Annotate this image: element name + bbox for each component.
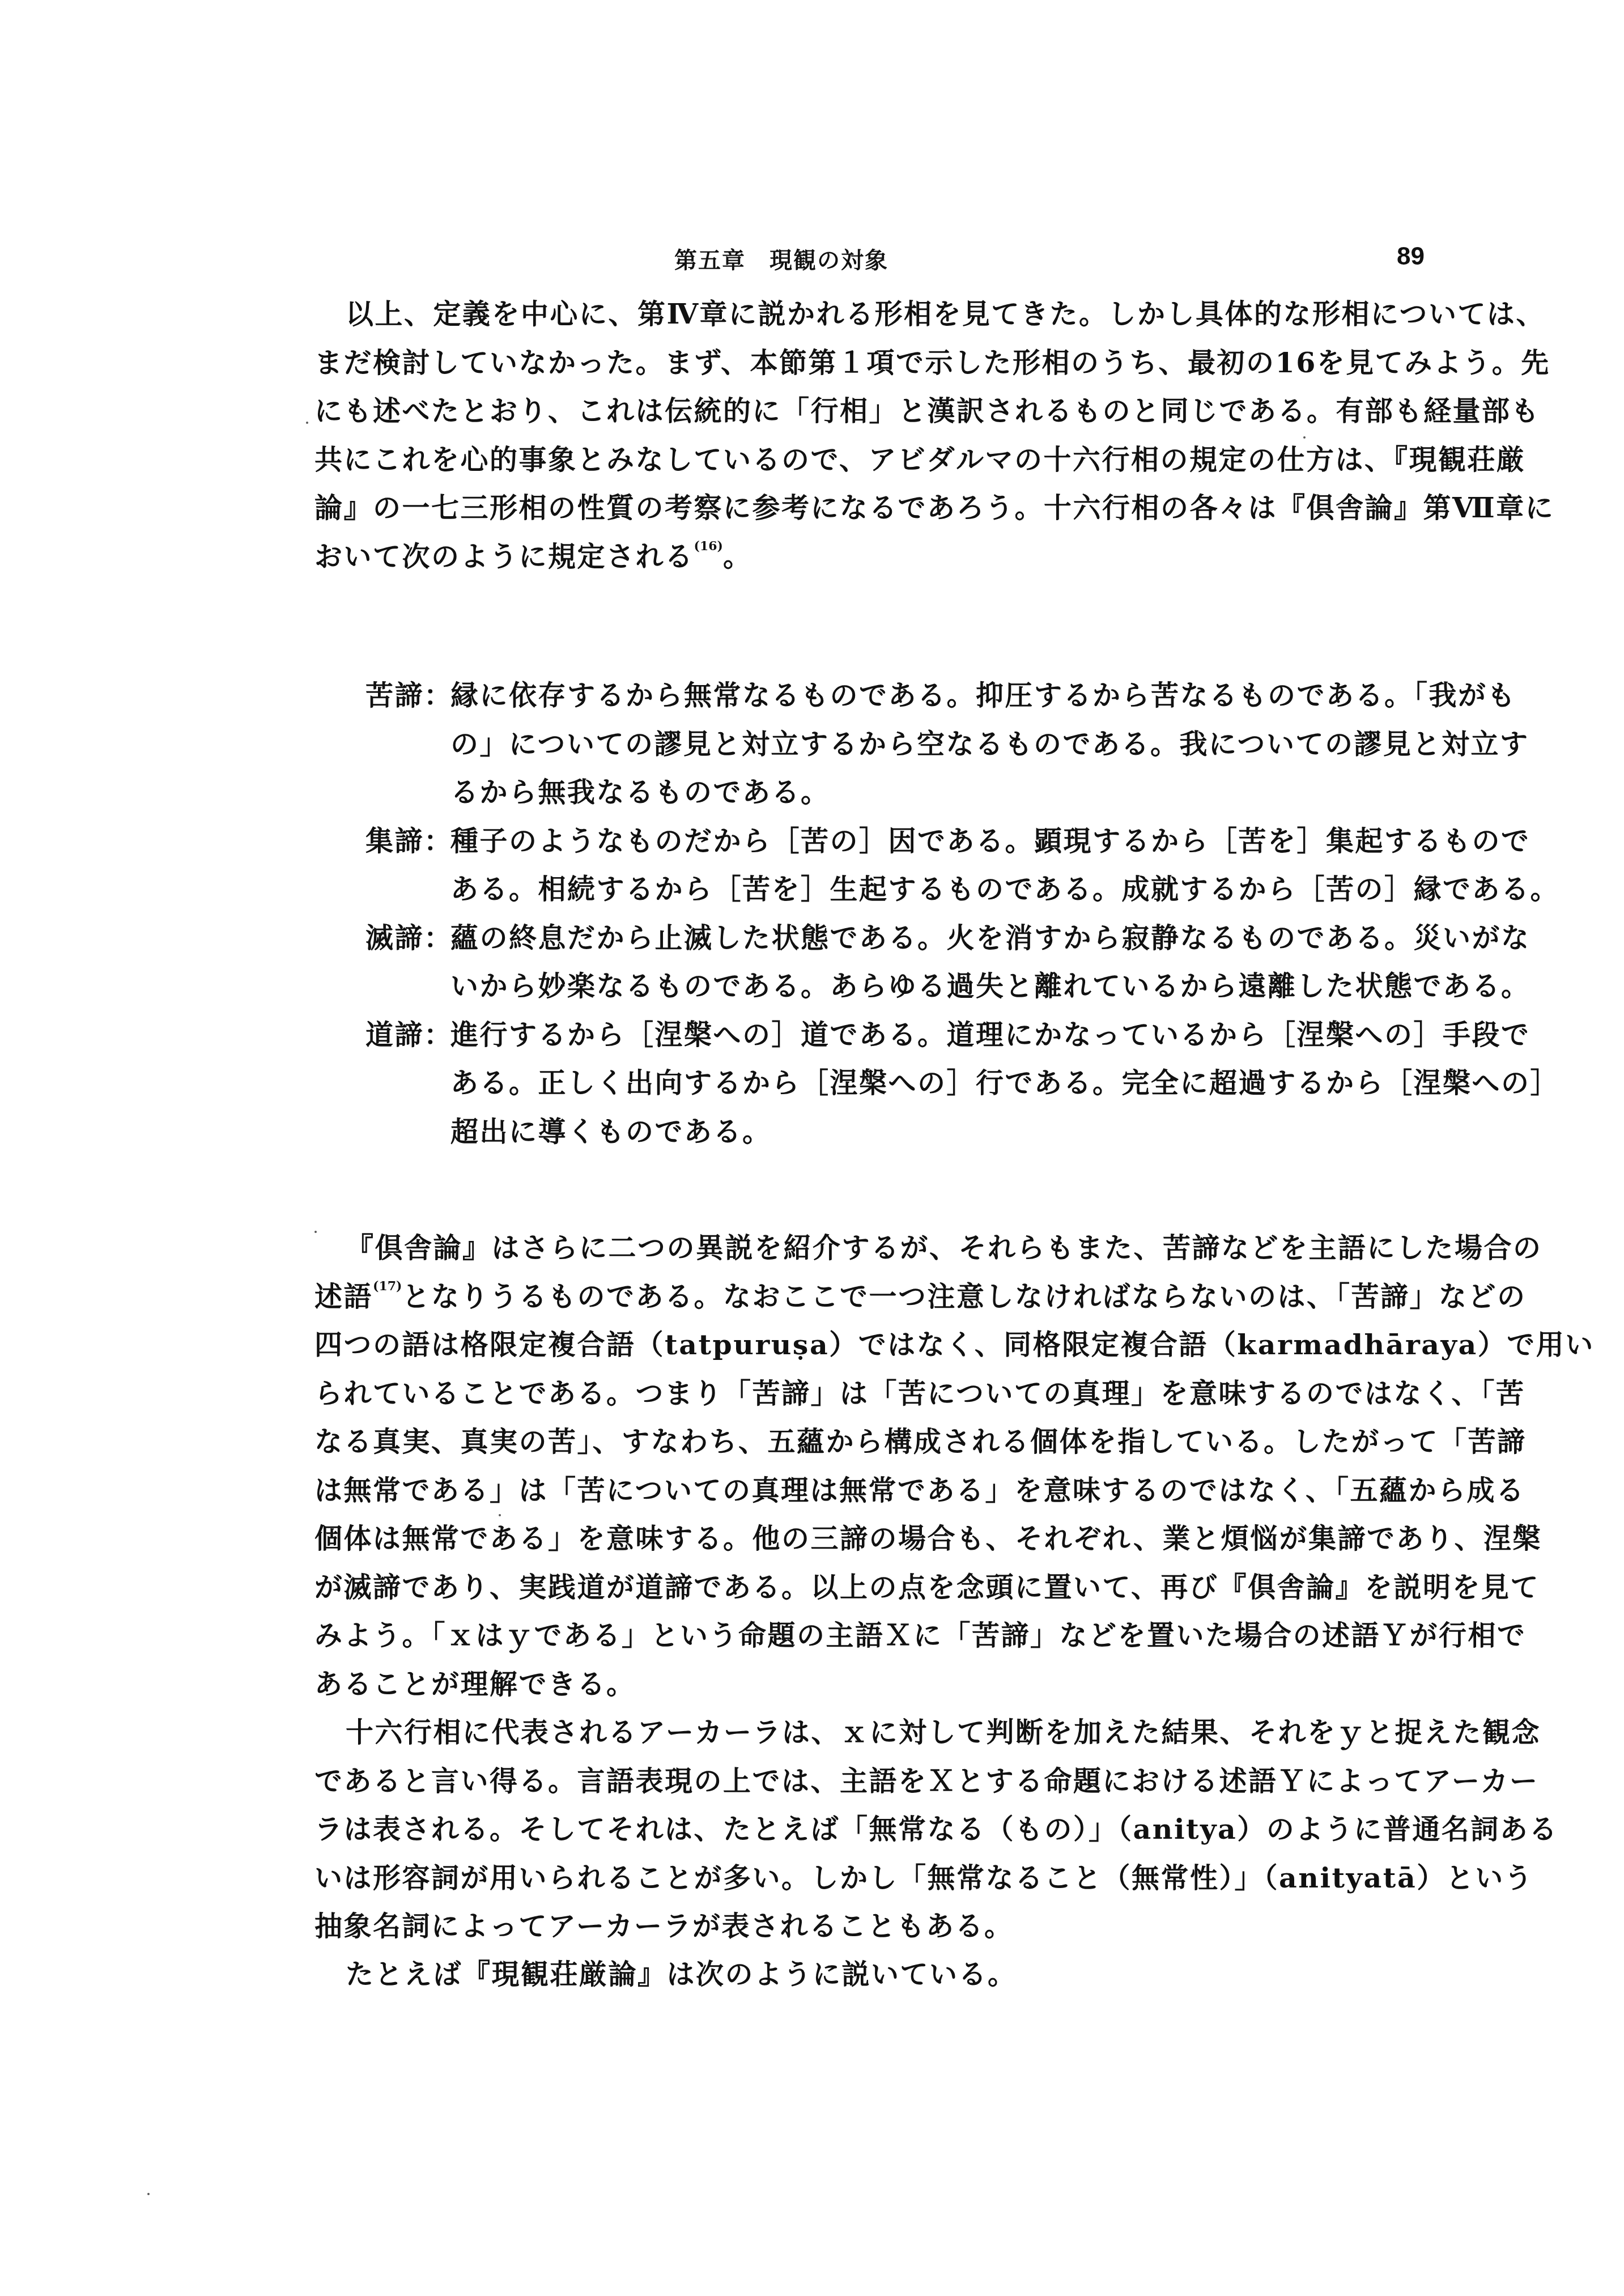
text-line: 以上、定義を中心に、第Ⅳ章に説かれる形相を見てきた。しかし具体的な形相については…	[314, 290, 1417, 339]
truth-label: 苦諦：	[365, 671, 453, 720]
text-line: ある。正しく出向するから［涅槃への］行である。完全に超過するから［涅槃への］	[365, 1059, 1417, 1108]
footnote-ref-16[interactable]: (16)	[694, 539, 723, 554]
text-line: 個体は無常である」を意味する。他の三諦の場合も、それぞれ、業と煩悩が集諦であり、…	[314, 1515, 1417, 1563]
scan-speck	[314, 1231, 317, 1233]
text-line: 種子のようなものだから［苦の］因である。顕現するから［苦を］集起するもので	[365, 817, 1417, 866]
text-line: られていることである。つまり「苦諦」は「苦についての真理」を意味するのではなく、…	[314, 1370, 1417, 1418]
paragraph-example-intro: たとえば『現観荘厳論』は次のように説いている。	[314, 1950, 1417, 1999]
text-line: が滅諦であり、実践道が道諦である。以上の点を念頭に置いて、再び『倶舎論』を説明を…	[314, 1563, 1417, 1612]
text-line: 十六行相に代表されるアーカーラは、ｘに対して判断を加えた結果、それをｙと捉えた観…	[314, 1708, 1417, 1757]
text-line: 論』の一七三形相の性質の考察に参考になるであろう。十六行相の各々は『倶舎論』第Ⅶ…	[314, 484, 1417, 533]
text-line: 四つの語は格限定複合語（tatpuruṣa）ではなく、同格限定複合語（karma…	[314, 1321, 1417, 1370]
running-head: 第五章 現観の対象	[674, 243, 888, 275]
scan-speck	[499, 1514, 501, 1516]
text-line: みよう。「ｘはｙである」という命題の主語Ｘに「苦諦」などを置いた場合の述語Ｙが行…	[314, 1612, 1417, 1660]
footnote-ref-17[interactable]: (17)	[373, 1279, 402, 1294]
text-line: 抽象名詞によってアーカーラが表されることもある。	[314, 1902, 1417, 1951]
scan-speck	[147, 2193, 150, 2195]
text-line: るから無我なるものである。	[365, 768, 1417, 817]
truth-item-suffering: 苦諦： 縁に依存するから無常なるものである。抑圧するから苦なるものである。「我が…	[365, 671, 1417, 817]
truth-label: 道諦：	[365, 1011, 453, 1060]
scan-speck	[306, 422, 308, 424]
text-line: であると言い得る。言語表現の上では、主語をＸとする命題における述語Ｙによってアー…	[314, 1757, 1417, 1806]
text-span: おいて次のように規定される	[314, 540, 694, 573]
text-line: 『倶舎論』はさらに二つの異説を紹介するが、それらもまた、苦諦などを主語にした場合…	[314, 1224, 1417, 1273]
text-span: 。	[723, 540, 753, 573]
scan-speck	[1303, 436, 1306, 439]
text-line: は無常である」は「苦についての真理は無常である」を意味するのではなく、「五蘊から…	[314, 1466, 1417, 1515]
text-line: にも述べたとおり、これは伝統的に「行相」と漢訳されるものと同じである。有部も経量…	[314, 387, 1417, 436]
text-line: ラは表される。そしてそれは、たとえば「無常なる（もの）」（anitya）のように…	[314, 1805, 1417, 1854]
text-line: 蘊の終息だから止滅した状態である。火を消すから寂静なるものである。災いがな	[365, 914, 1417, 963]
text-line: ある。相続するから［苦を］生起するものである。成就するから［苦の］縁である。	[365, 865, 1417, 914]
text-line: いから妙楽なるものである。あらゆる過失と離れているから遠離した状態である。	[365, 962, 1417, 1011]
paragraph-kosa: 『倶舎論』はさらに二つの異説を紹介するが、それらもまた、苦諦などを主語にした場合…	[314, 1224, 1417, 1708]
text-span: となりうるものである。なおここで一つ注意しなければならないのは、「苦諦」などの	[402, 1280, 1526, 1313]
truth-label: 集諦：	[365, 817, 453, 866]
truth-label: 滅諦：	[365, 914, 453, 963]
truth-item-cessation: 滅諦： 蘊の終息だから止滅した状態である。火を消すから寂静なるものである。災いが…	[365, 914, 1417, 1011]
text-line: おいて次のように規定される(16)。	[314, 533, 1417, 581]
text-line: 超出に導くものである。	[365, 1108, 1417, 1156]
text-line: なる真実、真実の苦」、すなわち、五蘊から構成される個体を指している。したがって「…	[314, 1418, 1417, 1466]
truth-item-origin: 集諦： 種子のようなものだから［苦の］因である。顕現するから［苦を］集起するもの…	[365, 817, 1417, 914]
text-line: の」についての謬見と対立するから空なるものである。我についての謬見と対立す	[365, 720, 1417, 769]
text-line: 進行するから［涅槃への］道である。道理にかなっているから［涅槃への］手段で	[365, 1011, 1417, 1060]
text-span: 述語	[314, 1280, 373, 1313]
four-truths-list: 苦諦： 縁に依存するから無常なるものである。抑圧するから苦なるものである。「我が…	[365, 671, 1417, 1156]
book-page: 第五章 現観の対象 89 以上、定義を中心に、第Ⅳ章に説かれる形相を見てきた。し…	[0, 0, 1624, 2296]
truth-item-path: 道諦： 進行するから［涅槃への］道である。道理にかなっているから［涅槃への］手段…	[365, 1011, 1417, 1156]
text-line: たとえば『現観荘厳論』は次のように説いている。	[314, 1950, 1417, 1999]
text-line: あることが理解できる。	[314, 1660, 1417, 1709]
text-line: いは形容詞が用いられることが多い。しかし「無常なること（無常性）」（anitya…	[314, 1854, 1417, 1903]
paragraph-akara: 十六行相に代表されるアーカーラは、ｘに対して判断を加えた結果、それをｙと捉えた観…	[314, 1708, 1417, 1951]
text-line: 縁に依存するから無常なるものである。抑圧するから苦なるものである。「我がも	[365, 671, 1417, 720]
paragraph-intro: 以上、定義を中心に、第Ⅳ章に説かれる形相を見てきた。しかし具体的な形相については…	[314, 290, 1417, 581]
text-line: まだ検討していなかった。まず、本節第１項で示した形相のうち、最初の16を見てみよ…	[314, 339, 1417, 388]
text-line: 共にこれを心的事象とみなしているので、アビダルマの十六行相の規定の仕方は、『現観…	[314, 436, 1417, 484]
text-line: 述語(17)となりうるものである。なおここで一つ注意しなければならないのは、「苦…	[314, 1273, 1417, 1321]
page-number: 89	[1397, 243, 1425, 271]
